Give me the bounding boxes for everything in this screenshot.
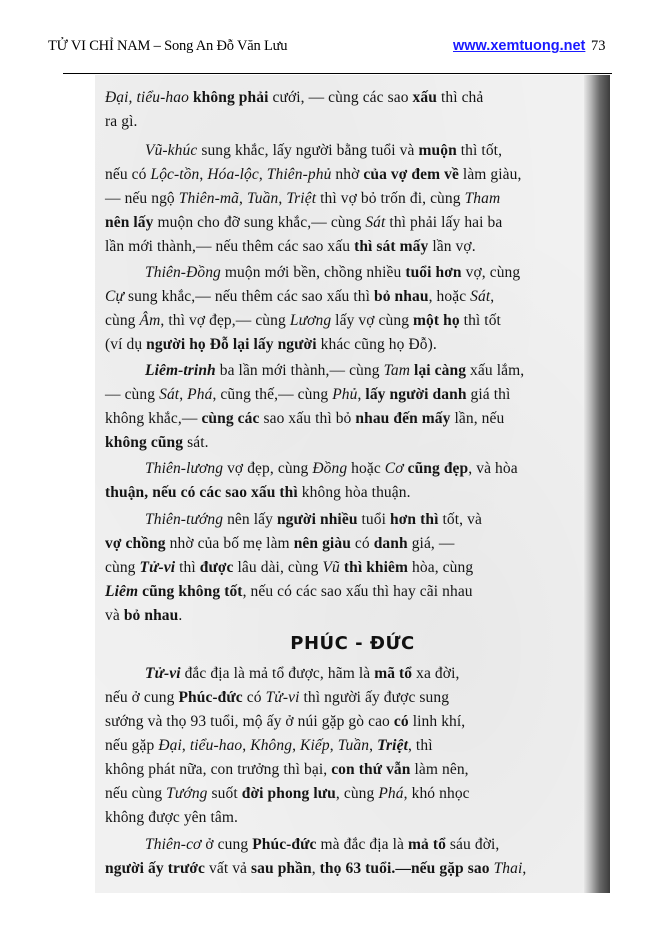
website-link[interactable]: www.xemtuong.net — [453, 38, 585, 54]
text-line: sướng và thọ 93 tuổi, mộ ấy ở núi gặp gò… — [105, 713, 465, 731]
text-line: nếu có Lộc-tồn, Hóa-lộc, Thiên-phủ nhờ c… — [105, 166, 522, 184]
text-line: nên lấy muộn cho đỡ sung khắc,— cùng Sát… — [105, 214, 502, 232]
text-line: Liêm cũng không tốt, nếu có các sao xấu … — [105, 583, 473, 601]
book-gutter-shadow — [584, 75, 610, 893]
text-line: không phát nữa, con trưởng thì bại, con … — [105, 761, 469, 779]
header-title: TỬ VI CHỈ NAM – Song An Đỗ Văn Lưu — [48, 38, 287, 55]
text-line: Liêm-trinh ba lần mới thành,— cùng Tam l… — [145, 362, 524, 380]
section-heading: PHÚC - ĐỨC — [95, 633, 610, 654]
text-line: vợ chồng nhờ của bố mẹ làm nên giàu có d… — [105, 535, 454, 553]
page-number: 73 — [591, 38, 606, 55]
header-divider — [63, 73, 612, 74]
text-line: người ấy trước vất vả sau phần, thọ 63 t… — [105, 860, 526, 878]
text-line: Vũ-khúc sung khắc, lấy người bằng tuổi v… — [145, 142, 502, 160]
text-line: cùng Tử-vi thì được lâu dài, cùng Vũ thì… — [105, 559, 473, 577]
text-line: nếu cùng Tướng suốt đời phong lưu, cùng … — [105, 785, 470, 803]
scanned-page-image: Đại, tiểu-hao không phải cưới, — cùng cá… — [95, 75, 610, 893]
text-line: không được yên tâm. — [105, 809, 238, 827]
text-line: không cũng sát. — [105, 434, 209, 452]
text-line: cùng Âm, thì vợ đẹp,— cùng Lương lấy vợ … — [105, 312, 501, 330]
running-header: TỬ VI CHỈ NAM – Song An Đỗ Văn Lưu www.x… — [48, 36, 608, 58]
text-line: Đại, tiểu-hao không phải cưới, — cùng cá… — [105, 89, 483, 107]
text-line: nếu ở cung Phúc-đức có Tử-vi thì người ấ… — [105, 689, 449, 707]
text-line: — nếu ngộ Thiên-mã, Tuần, Triệt thì vợ b… — [105, 190, 500, 208]
text-line: lần mới thành,— nếu thêm các sao xấu thì… — [105, 238, 476, 256]
text-line: Thiên-Đồng muộn mới bền, chồng nhiều tuổ… — [145, 264, 520, 282]
text-line: — cùng Sát, Phá, cũng thế,— cùng Phủ, lấ… — [105, 386, 510, 404]
text-line: Cự sung khắc,— nếu thêm các sao xấu thì … — [105, 288, 494, 306]
text-line: Thiên-tướng nên lấy người nhiều tuổi hơn… — [145, 511, 482, 529]
text-line: ra gì. — [105, 113, 137, 131]
text-line: (ví dụ người họ Đỗ lại lấy người khác cũ… — [105, 336, 437, 354]
text-line: không khắc,— cùng các sao xấu thì bỏ nha… — [105, 410, 504, 428]
text-line: Thiên-lương vợ đẹp, cùng Đồng hoặc Cơ cũ… — [145, 460, 518, 478]
text-line: và bỏ nhau. — [105, 607, 182, 625]
text-line: Thiên-cơ ở cung Phúc-đức mà đắc địa là m… — [145, 836, 499, 854]
text-line: nếu gặp Đại, tiểu-hao, Không, Kiếp, Tuần… — [105, 737, 433, 755]
text-line: thuận, nếu có các sao xấu thì không hòa … — [105, 484, 411, 502]
text-line: Tử-vi đắc địa là mả tổ được, hãm là mã t… — [145, 665, 459, 683]
